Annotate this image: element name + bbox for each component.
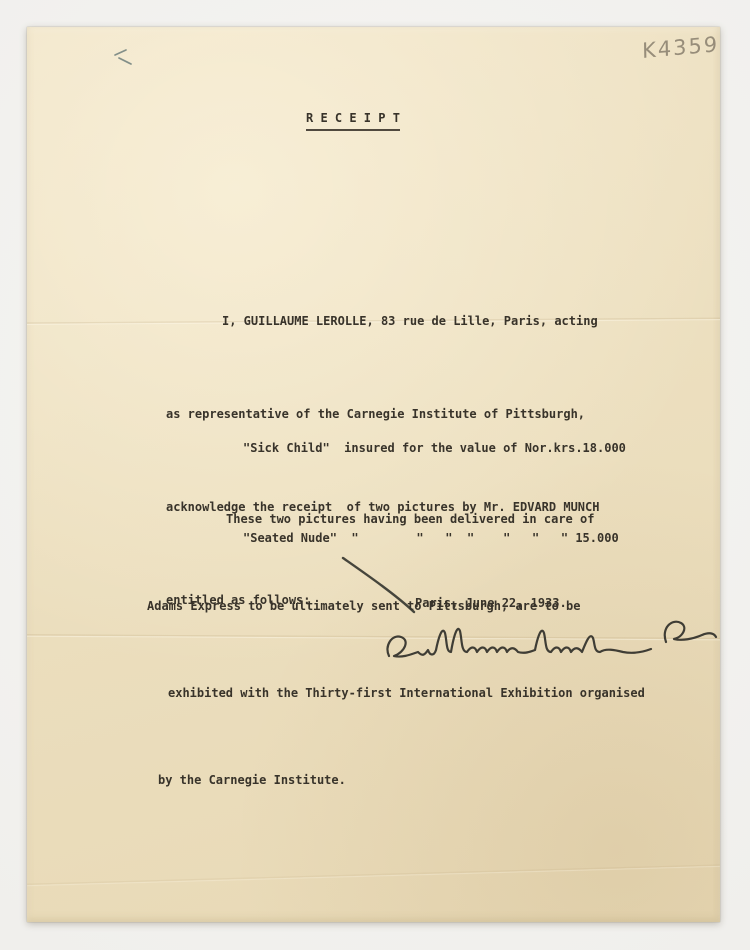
scan-background: K4359 R E C E I P T I, GUILLAUME LEROLLE…: [0, 0, 750, 950]
typewriter-line: by the Carnegie Institute.: [158, 766, 645, 795]
catalog-number-annotation: K4359: [642, 31, 732, 63]
fold-crease-bottom: [27, 864, 720, 886]
signature-guillaume-lerolle: Guillaume Lerolle: [385, 610, 725, 672]
typewriter-line: I, GUILLAUME LEROLLE, 83 rue de Lille, P…: [222, 306, 599, 337]
receipt-title: R E C E I P T: [306, 111, 400, 131]
typewriter-line: These two pictures having been delivered…: [226, 505, 645, 534]
title-block: R E C E I P T: [306, 107, 400, 131]
pencil-check-icon: [110, 45, 144, 71]
typewriter-line: exhibited with the Thirty-first Internat…: [168, 679, 645, 708]
receipt-paper: K4359 R E C E I P T I, GUILLAUME LEROLLE…: [27, 27, 720, 922]
